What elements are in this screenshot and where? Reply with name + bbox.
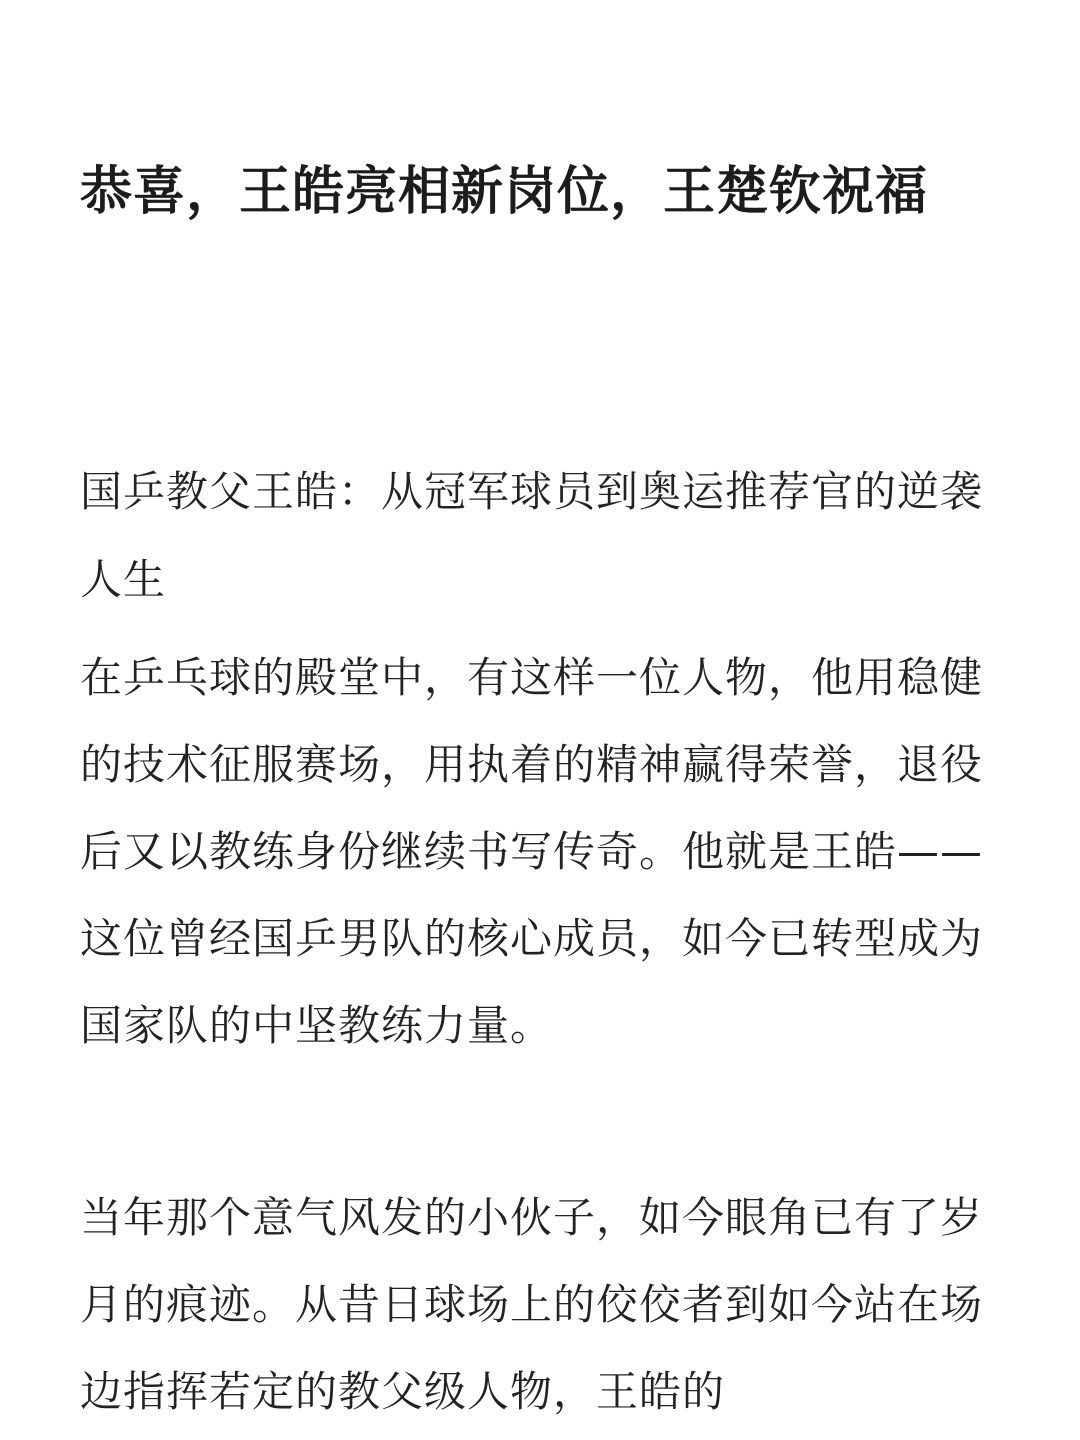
paragraph-2: 当年那个意气风发的小伙子，如今眼角已有了岁月的痕迹。从昔日球场上的佼佼者到如今站…	[80, 1174, 995, 1435]
article-title: 恭喜，王皓亮相新岗位，王楚钦祝福	[80, 142, 995, 242]
article-subtitle: 国乒教父王皓：从冠军球员到奥运推荐官的逆袭人生	[80, 448, 995, 624]
paragraph-1: 在乒乓球的殿堂中，有这样一位人物，他用稳健的技术征服赛场，用执着的精神赢得荣誉，…	[80, 634, 995, 1069]
